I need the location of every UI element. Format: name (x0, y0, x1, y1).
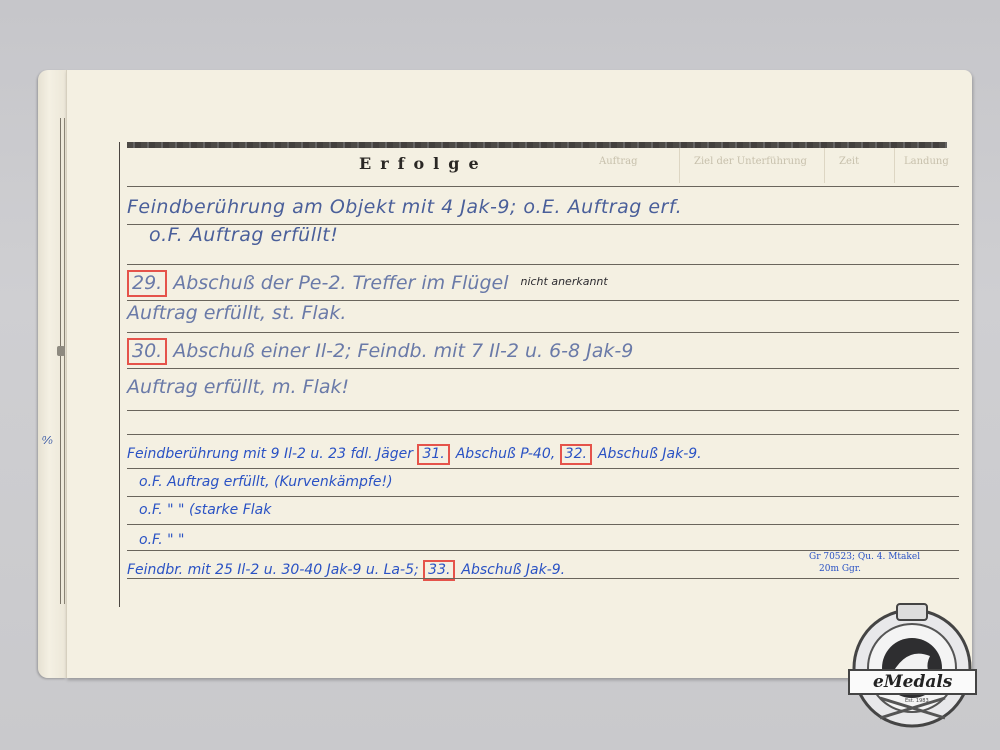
entry-text: Abschuß Jak-9. (598, 446, 702, 462)
entry-text: Abschuß Jak-9. (461, 562, 565, 578)
side-annotation: nicht anerkannt (520, 275, 607, 288)
watermark-brand: eMedals (873, 672, 952, 692)
entry-text: Abschuß einer Il-2; Feindb. mit 7 Il-2 u… (173, 340, 633, 362)
emedals-watermark: eMedals Est. 1983 (845, 598, 980, 733)
entry-line: 30.Abschuß einer Il-2; Feindb. mit 7 Il-… (127, 338, 967, 368)
ruled-line (127, 332, 959, 333)
corner-annotation: Gr 70523; Qu. 4. Mtakel (809, 552, 920, 562)
faint-header-2: Ziel der Unterführung (694, 156, 807, 167)
ruled-line (127, 578, 959, 579)
column-divider (679, 148, 680, 183)
margin-note: ⁰⁄₀ (42, 434, 53, 447)
binding-stitch (60, 118, 65, 604)
entry-text: Abschuß P-40, (456, 446, 555, 462)
corner-annotation: 20m Ggr. (819, 564, 861, 574)
entry-line: o.F. Auftrag erfüllt, (Kurvenkämpfe!) (139, 474, 979, 504)
entry-line: Auftrag erfüllt, m. Flak! (127, 376, 967, 406)
entries-table: Erfolge Auftrag Ziel der Unterführung Ze… (119, 142, 967, 612)
faint-header-4: Landung (904, 156, 949, 167)
entry-line: Auftrag erfüllt, st. Flak. (127, 302, 967, 332)
ruled-line (127, 368, 959, 369)
ruled-line (127, 550, 959, 551)
column-divider (894, 148, 895, 183)
ruled-line (127, 264, 959, 265)
ruled-line (127, 468, 959, 469)
victory-number-box: 32. (560, 444, 592, 465)
ruled-line (127, 434, 959, 435)
victory-number-box: 31. (417, 444, 449, 465)
entry-line: o.F. Auftrag erfüllt! (149, 224, 989, 254)
ruled-line (127, 410, 959, 411)
ruled-line (127, 186, 959, 187)
entry-line: 29.Abschuß der Pe-2. Treffer im Flügelni… (127, 270, 967, 300)
entry-text: Feindberührung mit 9 Il-2 u. 23 fdl. Jäg… (127, 446, 413, 462)
entry-line: Feindberührung am Objekt mit 4 Jak-9; o.… (127, 196, 967, 226)
entry-line: Feindberührung mit 9 Il-2 u. 23 fdl. Jäg… (127, 444, 967, 474)
faint-header-1: Auftrag (599, 156, 638, 167)
page-title: Erfolge (359, 154, 488, 173)
ruled-line (127, 496, 959, 497)
notebook-spine: ⁰⁄₀ (38, 70, 66, 678)
ruled-line (127, 524, 959, 525)
left-rule (119, 142, 120, 607)
seal-emblem-icon (845, 598, 980, 733)
logbook-page: ⁰⁄₀ Erfolge Auftrag Ziel der Unterführun… (38, 70, 972, 678)
entry-text: Feindbr. mit 25 Il-2 u. 30-40 Jak-9 u. L… (127, 562, 419, 578)
ruled-line (127, 300, 959, 301)
page-sheet: Erfolge Auftrag Ziel der Unterführung Ze… (66, 70, 972, 678)
watermark-est: Est. 1983 (905, 698, 929, 704)
column-divider (824, 148, 825, 183)
faint-header-3: Zeit (839, 156, 859, 167)
binding-staple-icon (57, 346, 65, 356)
victory-number-box: 29. (127, 270, 167, 297)
victory-number-box: 30. (127, 338, 167, 365)
entry-line: o.F. " " (starke Flak (139, 502, 979, 532)
entry-text: Abschuß der Pe-2. Treffer im Flügel (173, 272, 508, 294)
